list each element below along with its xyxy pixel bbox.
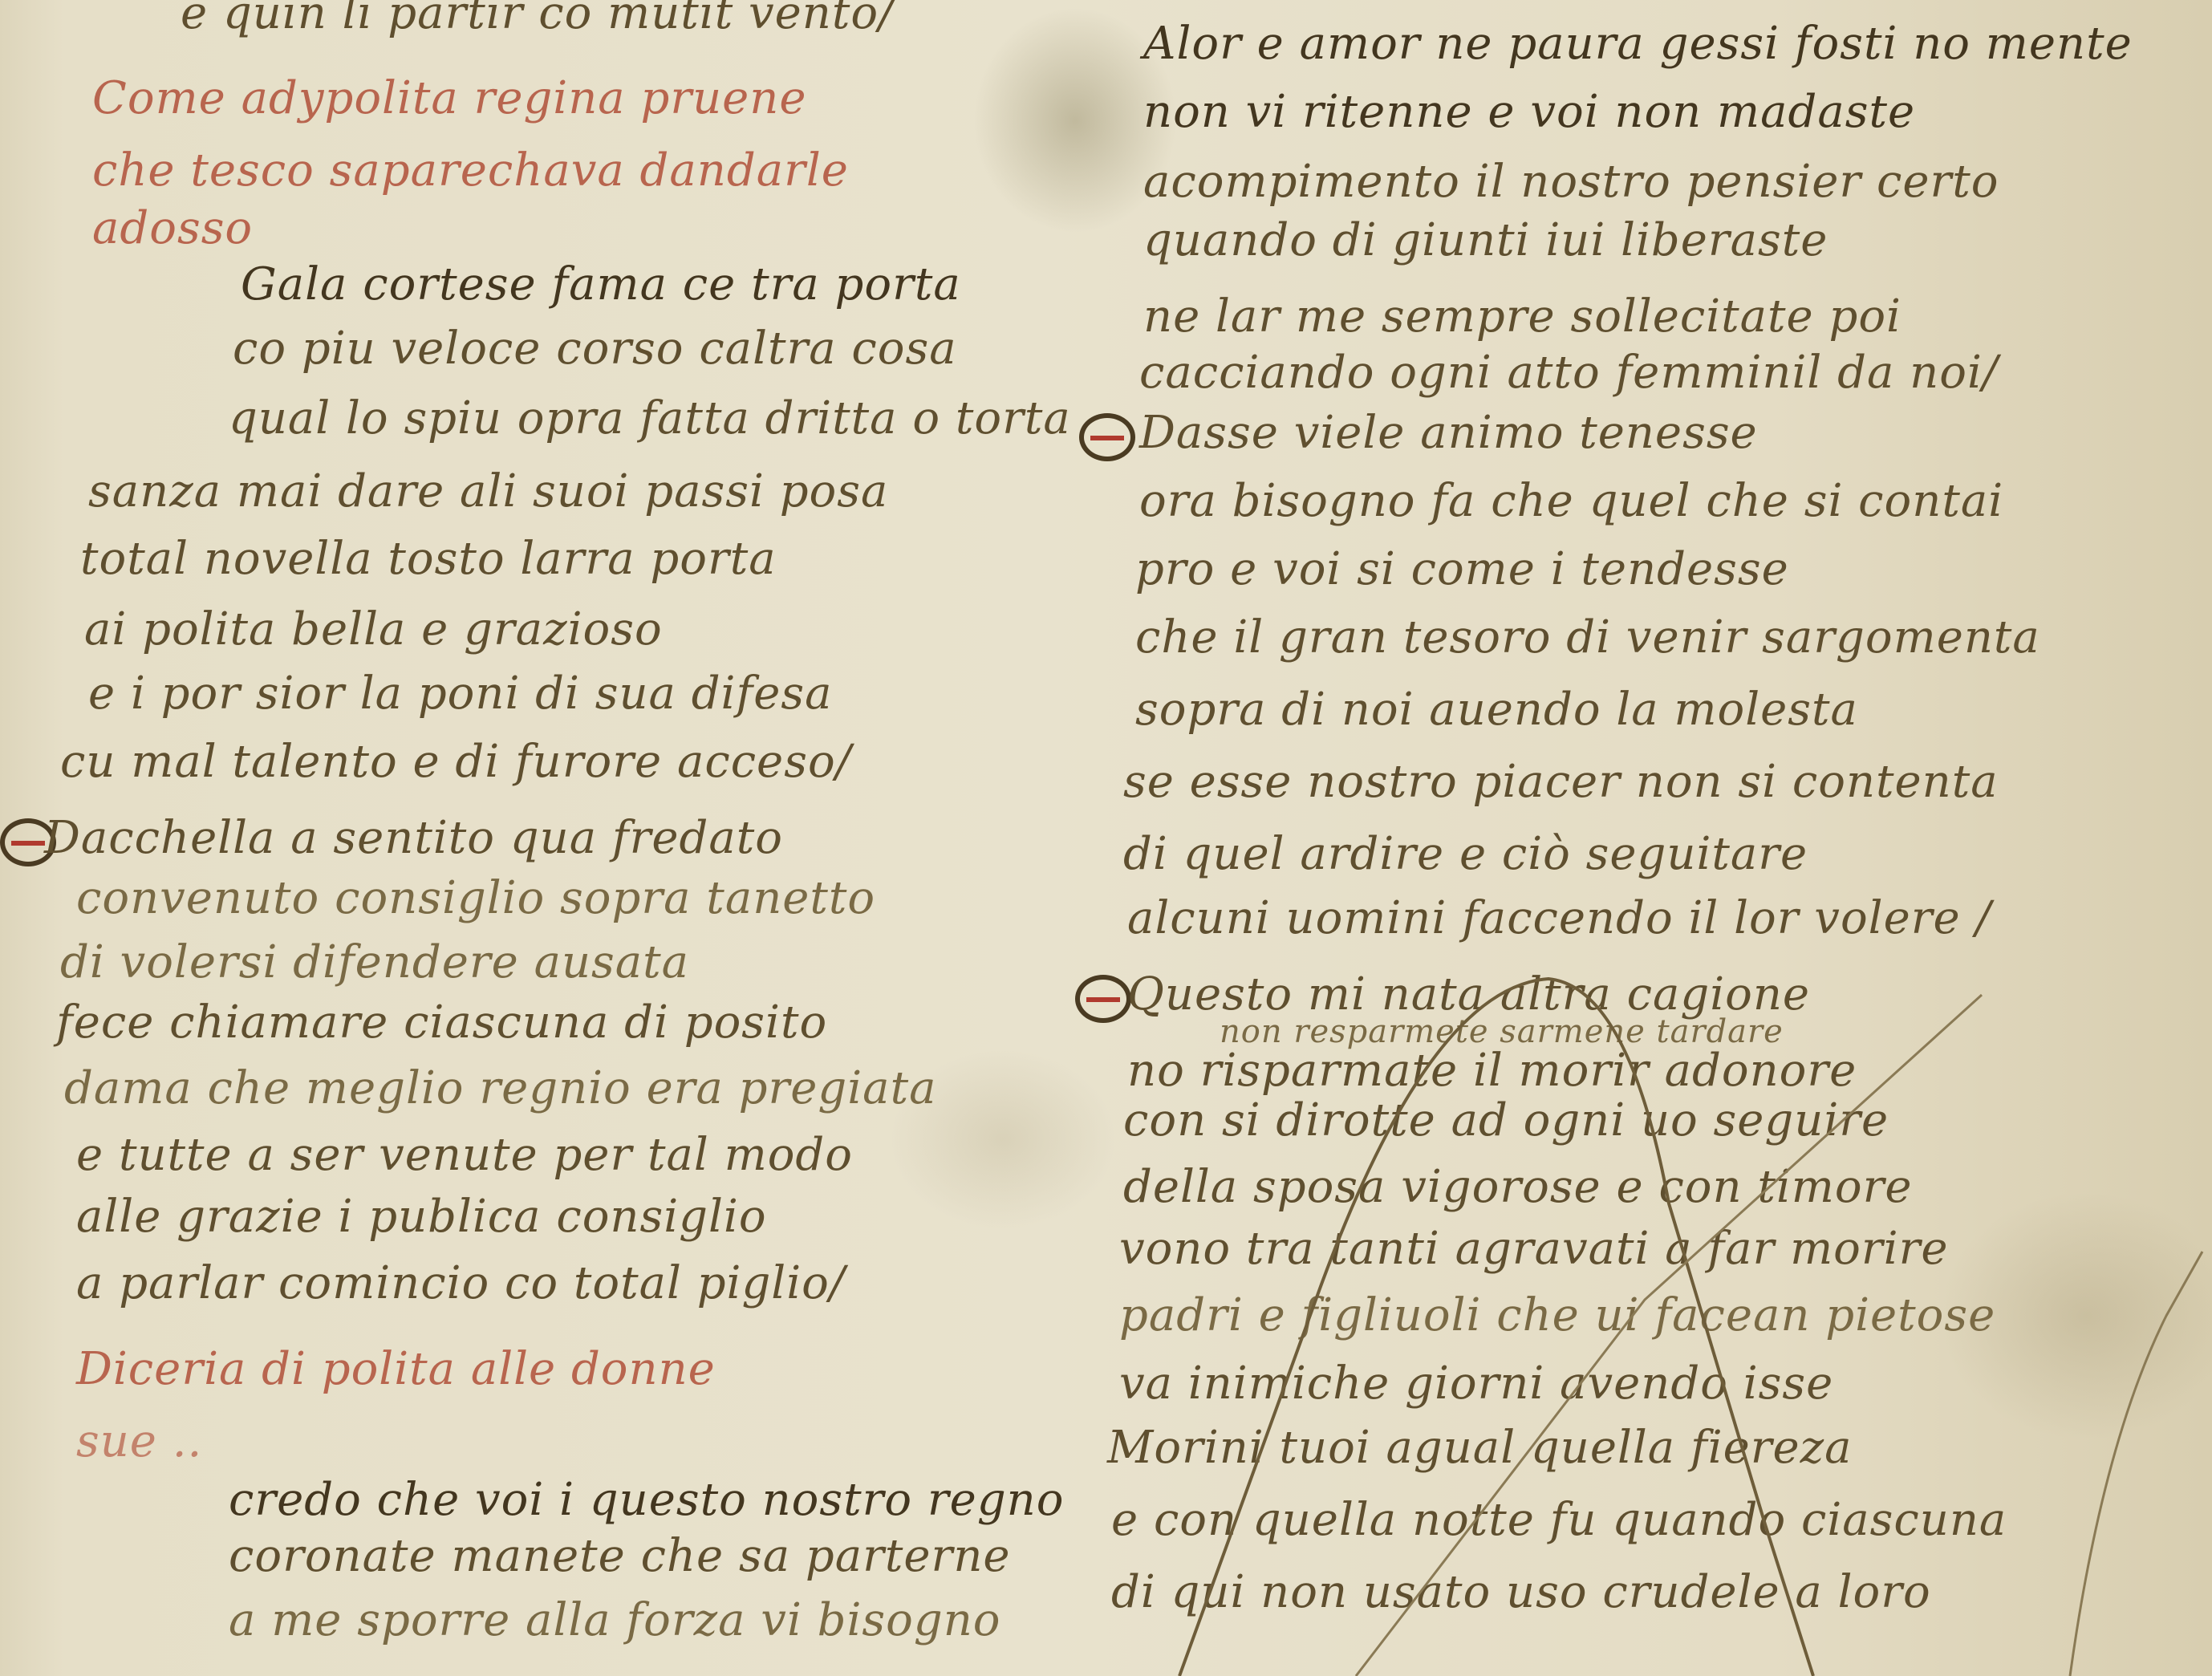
verse-line: se esse nostro piacer non si contenta xyxy=(1123,754,1999,810)
rubric-line: sue .. xyxy=(76,1414,202,1470)
verse-line: di quel ardire e ciò seguitare xyxy=(1123,826,1808,883)
verse-line: convenuto consiglio sopra tanetto xyxy=(76,870,875,927)
verse-line: e quin li partir co mutit vento/ xyxy=(181,0,895,42)
paragraph-initial-icon xyxy=(1079,413,1135,461)
verse-line: Gala cortese fama ce tra porta xyxy=(241,257,961,313)
verse-line: cacciando ogni atto femminil da noi/ xyxy=(1139,345,1999,401)
verse-line: alcuni uomini faccendo il lor volere / xyxy=(1127,891,1991,947)
verse-line: Alor e amor ne paura gessi fosti no ment… xyxy=(1143,16,2133,72)
verse-line: a me sporre alla forza vi bisogno xyxy=(229,1593,1001,1649)
verse-line: che il gran tesoro di venir sargomenta xyxy=(1135,610,2040,666)
verse-line: alle grazie i publica consiglio xyxy=(76,1189,767,1245)
verse-line: total novella tosto larra porta xyxy=(80,531,777,587)
manuscript-page: e quin li partir co mutit vento/ Come ad… xyxy=(0,0,2212,1676)
verse-line: va inimiche giorni avendo isse xyxy=(1119,1356,1833,1412)
verse-line: quando di giunti iui liberaste xyxy=(1143,213,1828,269)
rubric-line: Diceria di polita alle donne xyxy=(76,1341,716,1398)
verse-line: padri e figliuoli che ui facean pietose xyxy=(1119,1288,1995,1344)
verse-line: e i por sior la poni di sua difesa xyxy=(88,666,832,722)
rubric-line: Come adypolita regina pruene xyxy=(92,71,807,127)
verse-line: sanza mai dare ali suoi passi posa xyxy=(88,464,888,520)
verse-line: ora bisogno fa che quel che si contai xyxy=(1139,473,2003,530)
rubric-line: adosso xyxy=(92,201,253,257)
paragraph-initial-icon xyxy=(1075,975,1131,1023)
verse-line: sopra di noi auendo la molesta xyxy=(1135,682,1858,738)
verse-line: pro e voi si come i tendesse xyxy=(1135,542,1789,598)
verse-line: e tutte a ser venute per tal modo xyxy=(76,1127,853,1183)
verse-line: Dasse viele animo tenesse xyxy=(1139,405,1758,461)
verse-line: con si dirotte ad ogni uo seguire xyxy=(1123,1093,1889,1149)
verse-line: a parlar comincio co total piglio/ xyxy=(76,1256,846,1312)
verse-line: non vi ritenne e voi non madaste xyxy=(1143,84,1915,140)
verse-line: della sposa vigorose e con timore xyxy=(1123,1159,1913,1215)
verse-line: vono tra tanti agravati a far morire xyxy=(1119,1221,1948,1277)
verse-line: co piu veloce corso caltra cosa xyxy=(233,321,957,377)
verse-line: fece chiamare ciascuna di posito xyxy=(56,995,827,1051)
verse-line: acompimento il nostro pensier certo xyxy=(1143,154,1999,210)
verse-line: Dacchella a sentito qua fredato xyxy=(44,810,783,866)
verse-line: di qui non usato uso crudele a loro xyxy=(1111,1564,1931,1621)
verse-line: ne lar me sempre sollecitate poi xyxy=(1143,289,1902,345)
verse-line: no risparmate il morir adonore xyxy=(1127,1043,1857,1099)
verse-line: e con quella notte fu quando ciascuna xyxy=(1111,1492,2007,1548)
verse-line: di volersi difendere ausata xyxy=(60,935,689,991)
verse-line: qual lo spiu opra fatta dritta o torta xyxy=(229,391,1071,447)
verse-line: Morini tuoi agual quella fiereza xyxy=(1107,1420,1853,1476)
verse-line: cu mal talento e di furore acceso/ xyxy=(60,734,852,790)
verse-line: ai polita bella e grazioso xyxy=(84,602,663,658)
verse-line: credo che voi i questo nostro regno xyxy=(229,1472,1064,1528)
rubric-line: che tesco saparechava dandarle xyxy=(92,143,849,199)
verse-line: coronate manete che sa parterne xyxy=(229,1528,1011,1585)
verse-line: dama che meglio regnio era pregiata xyxy=(64,1061,936,1117)
